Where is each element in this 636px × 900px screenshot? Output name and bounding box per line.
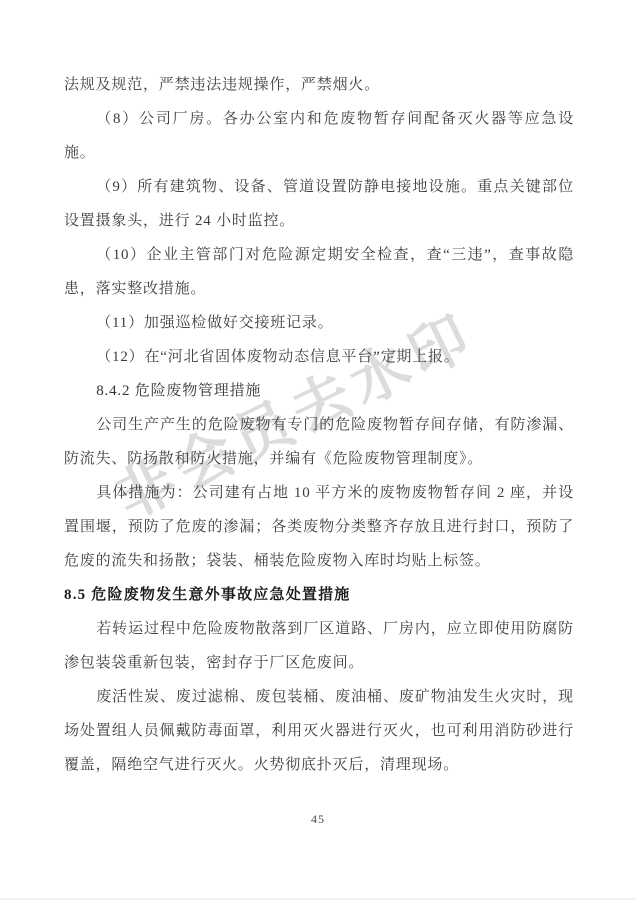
list-item-9: （9）所有建筑物、设备、管道设置防静电接地设施。重点关键部位设置摄象头，进行 2… [64,170,574,238]
list-item-12: （12）在“河北省固体废物动态信息平台”定期上报。 [64,340,574,374]
paragraph-hazwaste-storage: 公司生产产生的危险废物有专门的危险废物暂存间存储，有防渗漏、防流失、防扬散和防火… [64,408,574,476]
paragraph-specific-measures: 具体措施为：公司建有占地 10 平方米的废物废物暂存间 2 座，并设置围堰，预防… [64,476,574,578]
document-page: 非会员去水印 法规及规范，严禁违法违规操作，严禁烟火。 （8）公司厂房。各办公室… [0,0,636,900]
section-heading-842: 8.4.2 危险废物管理措施 [64,374,574,408]
paragraph-spill-response: 若转运过程中危险废物散落到厂区道路、厂房内，应立即使用防腐防渗包装袋重新包装，密… [64,612,574,680]
list-item-11: （11）加强巡检做好交接班记录。 [64,306,574,340]
paragraph-fire-response: 废活性炭、废过滤棉、废包装桶、废油桶、废矿物油发生火灾时，现场处置组人员佩戴防毒… [64,680,574,782]
document-body: 法规及规范，严禁违法违规操作，严禁烟火。 （8）公司厂房。各办公室内和危废物暂存… [64,68,574,782]
page-footer: 45 [0,812,636,827]
page-number: 45 [311,812,325,826]
section-heading-85: 8.5 危险废物发生意外事故应急处置措施 [64,578,574,612]
list-item-10: （10）企业主管部门对危险源定期安全检查，查“三违”，查事故隐患，落实整改措施。 [64,238,574,306]
paragraph-continuation: 法规及规范，严禁违法违规操作，严禁烟火。 [64,68,574,102]
list-item-8: （8）公司厂房。各办公室内和危废物暂存间配备灭火器等应急设施。 [64,102,574,170]
